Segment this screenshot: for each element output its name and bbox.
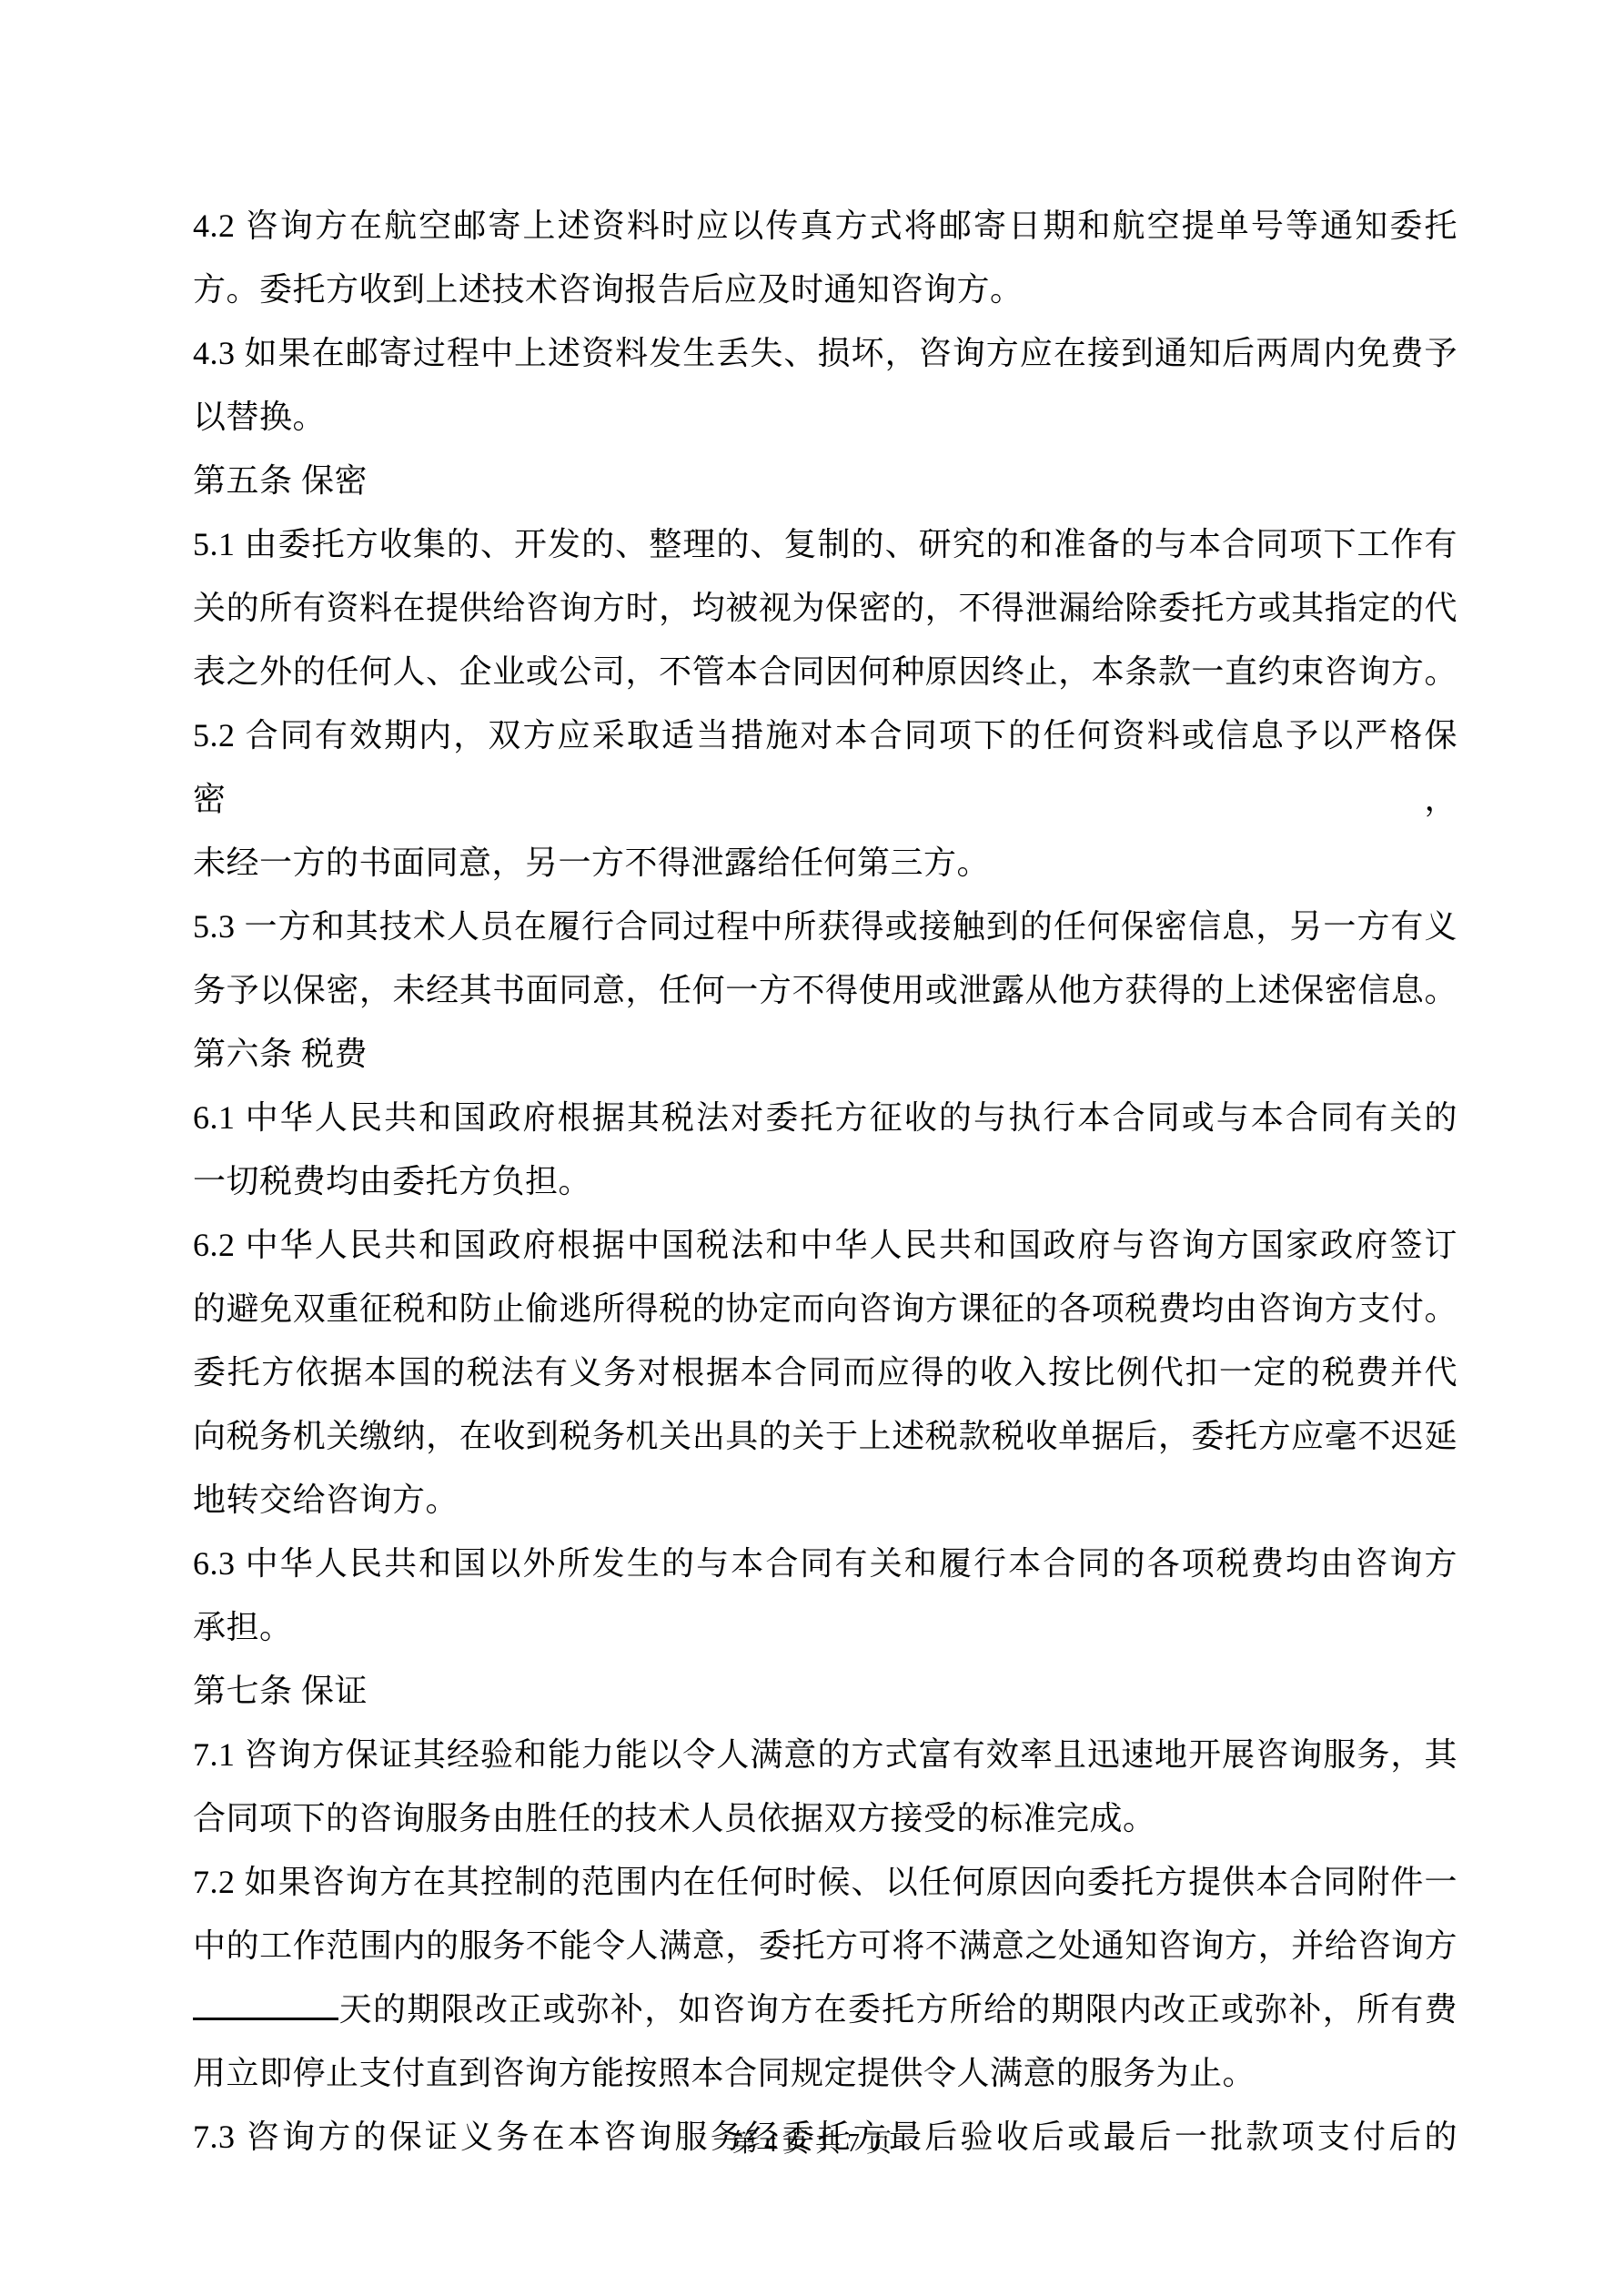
text-line: 6.1 中华人民共和国政府根据其税法对委托方征收的与执行本合同或与本合同有关的 [193,1086,1458,1149]
text-line: 合同项下的咨询服务由胜任的技术人员依据双方接受的标准完成。 [193,1786,1458,1850]
text-line: 向税务机关缴纳，在收到税务机关出具的关于上述税款税收单据后，委托方应毫不迟延 [193,1404,1458,1468]
text-line: 5.3 一方和其技术人员在履行合同过程中所获得或接触到的任何保密信息，另一方有义 [193,895,1458,958]
text-line: 5.1 由委托方收集的、开发的、整理的、复制的、研究的和准备的与本合同项下工作有 [193,512,1458,576]
section-heading: 第六条 税费 [193,1022,1458,1086]
text-line: 4.2 咨询方在航空邮寄上述资料时应以传真方式将邮寄日期和航空提单号等通知委托 [193,194,1458,258]
text-line: 委托方依据本国的税法有义务对根据本合同而应得的收入按比例代扣一定的税费并代 [193,1340,1458,1404]
section-heading: 第五条 保密 [193,449,1458,512]
text-line: 方。委托方收到上述技术咨询报告后应及时通知咨询方。 [193,258,1458,321]
text-line: 中的工作范围内的服务不能令人满意，委托方可将不满意之处通知咨询方，并给咨询方 [193,1914,1458,1977]
blank-underline [193,1987,338,2020]
contract-text-block: 4.2 咨询方在航空邮寄上述资料时应以传真方式将邮寄日期和航空提单号等通知委托 … [193,194,1458,2169]
text-line: 以替换。 [193,385,1458,449]
text-line: 4.3 如果在邮寄过程中上述资料发生丢失、损坏，咨询方应在接到通知后两周内免费予 [193,321,1458,385]
text-line: 7.1 咨询方保证其经验和能力能以令人满意的方式富有效率且迅速地开展咨询服务，其 [193,1723,1458,1786]
text-line: 地转交给咨询方。 [193,1468,1458,1532]
text-line: 的避免双重征税和防止偷逃所得税的协定而向咨询方课征的各项税费均由咨询方支付。 [193,1277,1458,1340]
text-line: 5.2 合同有效期内，双方应采取适当措施对本合同项下的任何资料或信息予以严格保密… [193,703,1458,831]
text-line-content: 天的期限改正或弥补，如咨询方在委托方所给的期限内改正或弥补，所有费 [338,1991,1458,2028]
text-line: 6.2 中华人民共和国政府根据中国税法和中华人民共和国政府与咨询方国家政府签订 [193,1213,1458,1277]
text-line: 务予以保密，未经其书面同意，任何一方不得使用或泄露从他方获得的上述保密信息。 [193,958,1458,1022]
document-page: 4.2 咨询方在航空邮寄上述资料时应以传真方式将邮寄日期和航空提单号等通知委托 … [0,0,1624,2296]
text-line: 7.2 如果咨询方在其控制的范围内在任何时候、以任何原因向委托方提供本合同附件一 [193,1850,1458,1914]
text-line: 天的期限改正或弥补，如咨询方在委托方所给的期限内改正或弥补，所有费 [193,1977,1458,2041]
text-line: 6.3 中华人民共和国以外所发生的与本合同有关和履行本合同的各项税费均由咨询方 [193,1532,1458,1595]
text-line: 用立即停止支付直到咨询方能按照本合同规定提供令人满意的服务为止。 [193,2041,1458,2105]
text-line: 表之外的任何人、企业或公司，不管本合同因何种原因终止，本条款一直约束咨询方。 [193,640,1458,703]
page-footer: 第 4 页 共 7 页 [0,2126,1624,2162]
text-line: 一切税费均由委托方负担。 [193,1149,1458,1213]
text-line: 关的所有资料在提供给咨询方时，均被视为保密的，不得泄漏给除委托方或其指定的代 [193,576,1458,640]
text-line: 承担。 [193,1595,1458,1659]
section-heading: 第七条 保证 [193,1659,1458,1723]
text-line: 未经一方的书面同意，另一方不得泄露给任何第三方。 [193,831,1458,895]
